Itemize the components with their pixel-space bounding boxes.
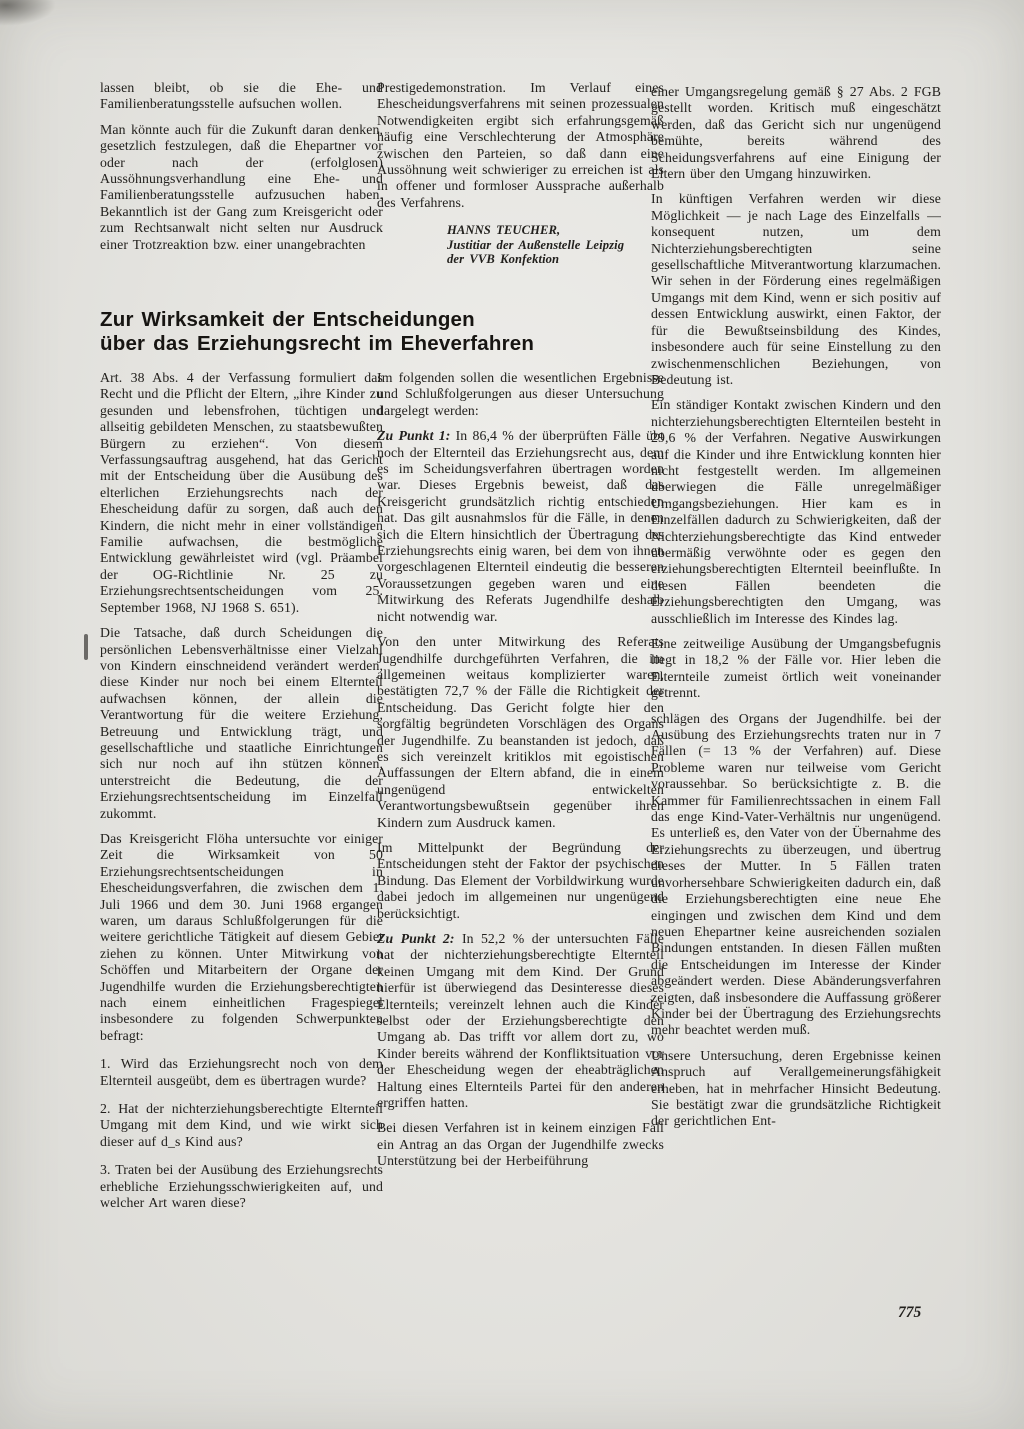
paragraph: Art. 38 Abs. 4 der Verfassung formuliert… xyxy=(100,370,383,616)
question-item: 2. Hat der nichterziehungsberechtigte El… xyxy=(100,1101,383,1150)
article-title: Zur Wirksamkeit der Entscheidungen über … xyxy=(100,308,680,356)
paragraph: lassen bleibt, ob sie die Ehe- und Famil… xyxy=(100,80,383,113)
main-article-column-1: Art. 38 Abs. 4 der Verfassung formuliert… xyxy=(100,370,383,1212)
point-2-label: Zu Punkt 2: xyxy=(377,931,455,946)
point-1-label: Zu Punkt 1: xyxy=(377,428,450,443)
question-item: 1. Wird das Erziehungsrecht noch von dem… xyxy=(100,1056,383,1089)
paragraph: Das Kreisgericht Flöha untersuchte vor e… xyxy=(100,831,383,1044)
author-role: Justitiar der Außenstelle Leipzig xyxy=(447,238,664,253)
paragraph-text: In 86,4 % der überprüften Fälle übt noch… xyxy=(377,428,664,623)
question-item: 3. Traten bei der Ausübung des Erziehung… xyxy=(100,1162,383,1211)
scan-smudge xyxy=(0,0,56,26)
article-title-line1: Zur Wirksamkeit der Entscheidungen xyxy=(100,308,475,331)
paragraph: Im folgenden sollen die wesentlichen Erg… xyxy=(377,370,664,419)
paragraph: Eine zeitweilige Ausübung der Umgangsbef… xyxy=(651,636,941,702)
paragraph: Zu Punkt 1: In 86,4 % der überprüften Fä… xyxy=(377,428,664,625)
author-role: der VVB Konfektion xyxy=(447,252,664,267)
main-article-column-3: einer Umgangsregelung gemäß § 27 Abs. 2 … xyxy=(651,84,941,1130)
signature-block: HANNS TEUCHER, Justitiar der Außenstelle… xyxy=(377,223,664,267)
paragraph-text: In 52,2 % der untersuchten Fälle hat der… xyxy=(377,931,664,1110)
paragraph: Man könnte auch für die Zukunft daran de… xyxy=(100,122,383,253)
paragraph: In künftigen Verfahren werden wir diese … xyxy=(651,191,941,388)
scanned-journal-page: lassen bleibt, ob sie die Ehe- und Famil… xyxy=(0,0,1024,1429)
paragraph: schlägen des Organs der Jugendhilfe. bei… xyxy=(651,711,941,1039)
paragraph: einer Umgangsregelung gemäß § 27 Abs. 2 … xyxy=(651,84,941,182)
prev-article-column-2: Prestigedemonstration. Im Verlauf eines … xyxy=(377,80,664,267)
paragraph: Zu Punkt 2: In 52,2 % der untersuchten F… xyxy=(377,931,664,1111)
article-title-line2: über das Erziehungsrecht im Eheverfahren xyxy=(100,332,534,355)
paragraph: Ein ständiger Kontakt zwischen Kindern u… xyxy=(651,397,941,627)
author-name: HANNS TEUCHER, xyxy=(447,223,664,238)
prev-article-column-1: lassen bleibt, ob sie die Ehe- und Famil… xyxy=(100,80,383,253)
main-article-column-2: Im folgenden sollen die wesentlichen Erg… xyxy=(377,370,664,1170)
paragraph: Unsere Untersuchung, deren Ergebnisse ke… xyxy=(651,1048,941,1130)
paragraph: Bei diesen Verfahren ist in keinem einzi… xyxy=(377,1120,664,1169)
paragraph: Prestigedemonstration. Im Verlauf eines … xyxy=(377,80,664,211)
paragraph: Die Tatsache, daß durch Scheidungen die … xyxy=(100,625,383,822)
paragraph: Von den unter Mitwirkung des Referats Ju… xyxy=(377,634,664,831)
paragraph: Im Mittelpunkt der Begründung der Entsch… xyxy=(377,840,664,922)
page-number: 775 xyxy=(898,1304,921,1322)
scan-artifact xyxy=(84,634,88,660)
